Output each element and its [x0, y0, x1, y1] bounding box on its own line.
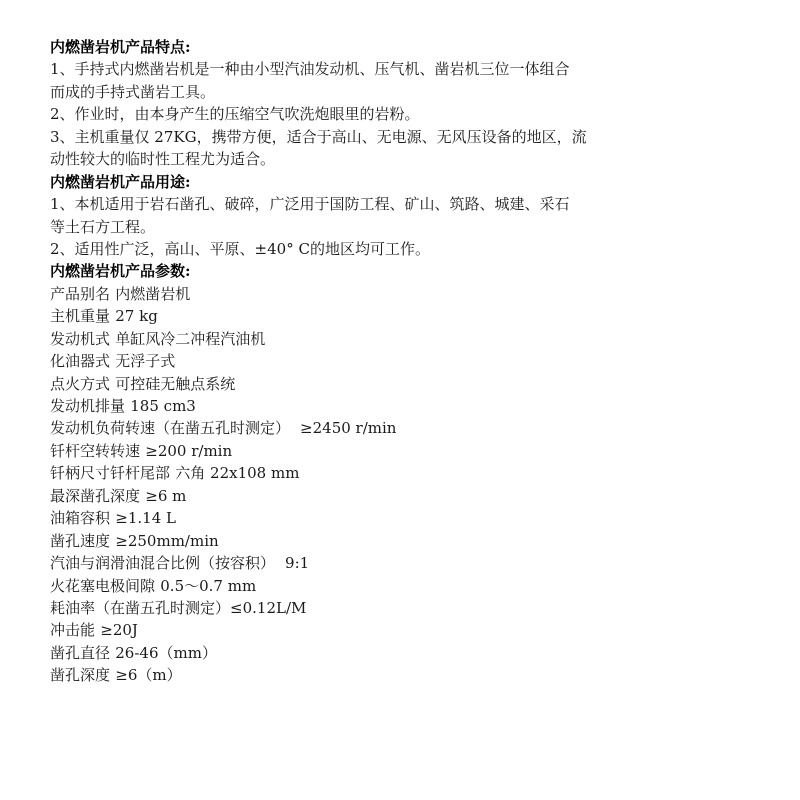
spec-label: 凿孔深度: [50, 666, 110, 684]
spec-value: 无浮子式: [115, 352, 175, 370]
spec-label: 耗油率（在凿五孔时测定）: [50, 599, 230, 617]
uses-line: 等土石方工程。: [50, 216, 750, 238]
spec-label: 点火方式: [50, 375, 110, 393]
spec-row-carburetor: 化油器式无浮子式: [50, 350, 750, 372]
features-line: 2、作业时，由本身产生的压缩空气吹洗炮眼里的岩粉。: [50, 103, 750, 125]
features-line: 动性较大的临时性工程尤为适合。: [50, 148, 750, 170]
uses-section: 内燃凿岩机产品用途: 1、本机适用于岩石凿孔、破碎，广泛用于国防工程、矿山、筑路…: [50, 171, 750, 261]
spec-value: 内燃凿岩机: [115, 285, 190, 303]
spec-label: 钎柄尺寸钎杆尾部: [50, 464, 170, 482]
spec-value: 0.5～0.7 mm: [160, 577, 256, 595]
spec-label: 冲击能: [50, 621, 95, 639]
uses-line: 1、本机适用于岩石凿孔、破碎，广泛用于国防工程、矿山、筑路、城建、采石: [50, 193, 750, 215]
spec-value: 185 cm3: [130, 397, 196, 415]
spec-value: ≥6（m）: [115, 666, 181, 684]
spec-value: 27 kg: [115, 307, 158, 325]
features-line: 1、手持式内燃凿岩机是一种由小型汽油发动机、压气机、凿岩机三位一体组合: [50, 58, 750, 80]
spec-row-ignition: 点火方式可控硅无触点系统: [50, 373, 750, 395]
spec-value: 单缸风冷二冲程汽油机: [115, 330, 265, 348]
spec-row-hole-diameter: 凿孔直径26-46（mm）: [50, 642, 750, 664]
spec-value: ≥6 m: [145, 487, 186, 505]
spec-row-max-depth: 最深凿孔深度≥6 m: [50, 485, 750, 507]
spec-value: ≥2450 r/min: [295, 419, 396, 437]
spec-value: ≥200 r/min: [145, 442, 232, 460]
spec-row-drill-speed: 凿孔速度≥250mm/min: [50, 530, 750, 552]
spec-label: 发动机式: [50, 330, 110, 348]
spec-label: 最深凿孔深度: [50, 487, 140, 505]
spec-row-fuel-rate: 耗油率（在凿五孔时测定）≤0.12L/M: [50, 597, 750, 619]
spec-row-engine-type: 发动机式单缸风冷二冲程汽油机: [50, 328, 750, 350]
spec-label: 主机重量: [50, 307, 110, 325]
spec-label: 火花塞电极间隙: [50, 577, 155, 595]
spec-label: 凿孔直径: [50, 644, 110, 662]
spec-value: 六角 22x108 mm: [175, 464, 299, 482]
uses-heading: 内燃凿岩机产品用途:: [50, 171, 750, 193]
uses-line: 2、适用性广泛，高山、平原、±40° C的地区均可工作。: [50, 238, 750, 260]
parameters-heading: 内燃凿岩机产品参数:: [50, 260, 750, 282]
spec-row-impact-energy: 冲击能≥20J: [50, 619, 750, 641]
spec-row-shank-size: 钎柄尺寸钎杆尾部六角 22x108 mm: [50, 462, 750, 484]
spec-label: 钎杆空转转速: [50, 442, 140, 460]
features-line: 而成的手持式凿岩工具。: [50, 81, 750, 103]
product-document: 内燃凿岩机产品特点: 1、手持式内燃凿岩机是一种由小型汽油发动机、压气机、凿岩机…: [50, 36, 750, 687]
spec-row-tank-volume: 油箱容积≥1.14 L: [50, 507, 750, 529]
spec-row-idle-speed: 钎杆空转转速≥200 r/min: [50, 440, 750, 462]
spec-value: 可控硅无触点系统: [115, 375, 235, 393]
spec-row-hole-depth: 凿孔深度≥6（m）: [50, 664, 750, 686]
spec-row-spark-gap: 火花塞电极间隙0.5～0.7 mm: [50, 575, 750, 597]
spec-row-weight: 主机重量27 kg: [50, 305, 750, 327]
spec-label: 化油器式: [50, 352, 110, 370]
spec-value: 9:1: [280, 554, 309, 572]
spec-value: ≥1.14 L: [115, 509, 176, 527]
features-heading: 内燃凿岩机产品特点:: [50, 36, 750, 58]
features-section: 内燃凿岩机产品特点: 1、手持式内燃凿岩机是一种由小型汽油发动机、压气机、凿岩机…: [50, 36, 750, 171]
spec-label: 发动机排量: [50, 397, 125, 415]
spec-row-mix-ratio: 汽油与润滑油混合比例（按容积） 9:1: [50, 552, 750, 574]
spec-value: ≥250mm/min: [115, 532, 218, 550]
spec-row-alias: 产品别名内燃凿岩机: [50, 283, 750, 305]
spec-value: ≥20J: [100, 621, 138, 639]
spec-row-displacement: 发动机排量185 cm3: [50, 395, 750, 417]
spec-label: 油箱容积: [50, 509, 110, 527]
spec-label: 发动机负荷转速（在凿五孔时测定）: [50, 419, 290, 437]
spec-label: 凿孔速度: [50, 532, 110, 550]
features-line: 3、主机重量仅 27KG，携带方便，适合于高山、无电源、无风压设备的地区，流: [50, 126, 750, 148]
spec-value: 26-46（mm）: [115, 644, 217, 662]
spec-row-load-speed: 发动机负荷转速（在凿五孔时测定） ≥2450 r/min: [50, 417, 750, 439]
spec-value: ≤0.12L/M: [230, 599, 306, 617]
spec-label: 产品别名: [50, 285, 110, 303]
parameters-section: 内燃凿岩机产品参数: 产品别名内燃凿岩机 主机重量27 kg 发动机式单缸风冷二…: [50, 260, 750, 686]
spec-label: 汽油与润滑油混合比例（按容积）: [50, 554, 275, 572]
